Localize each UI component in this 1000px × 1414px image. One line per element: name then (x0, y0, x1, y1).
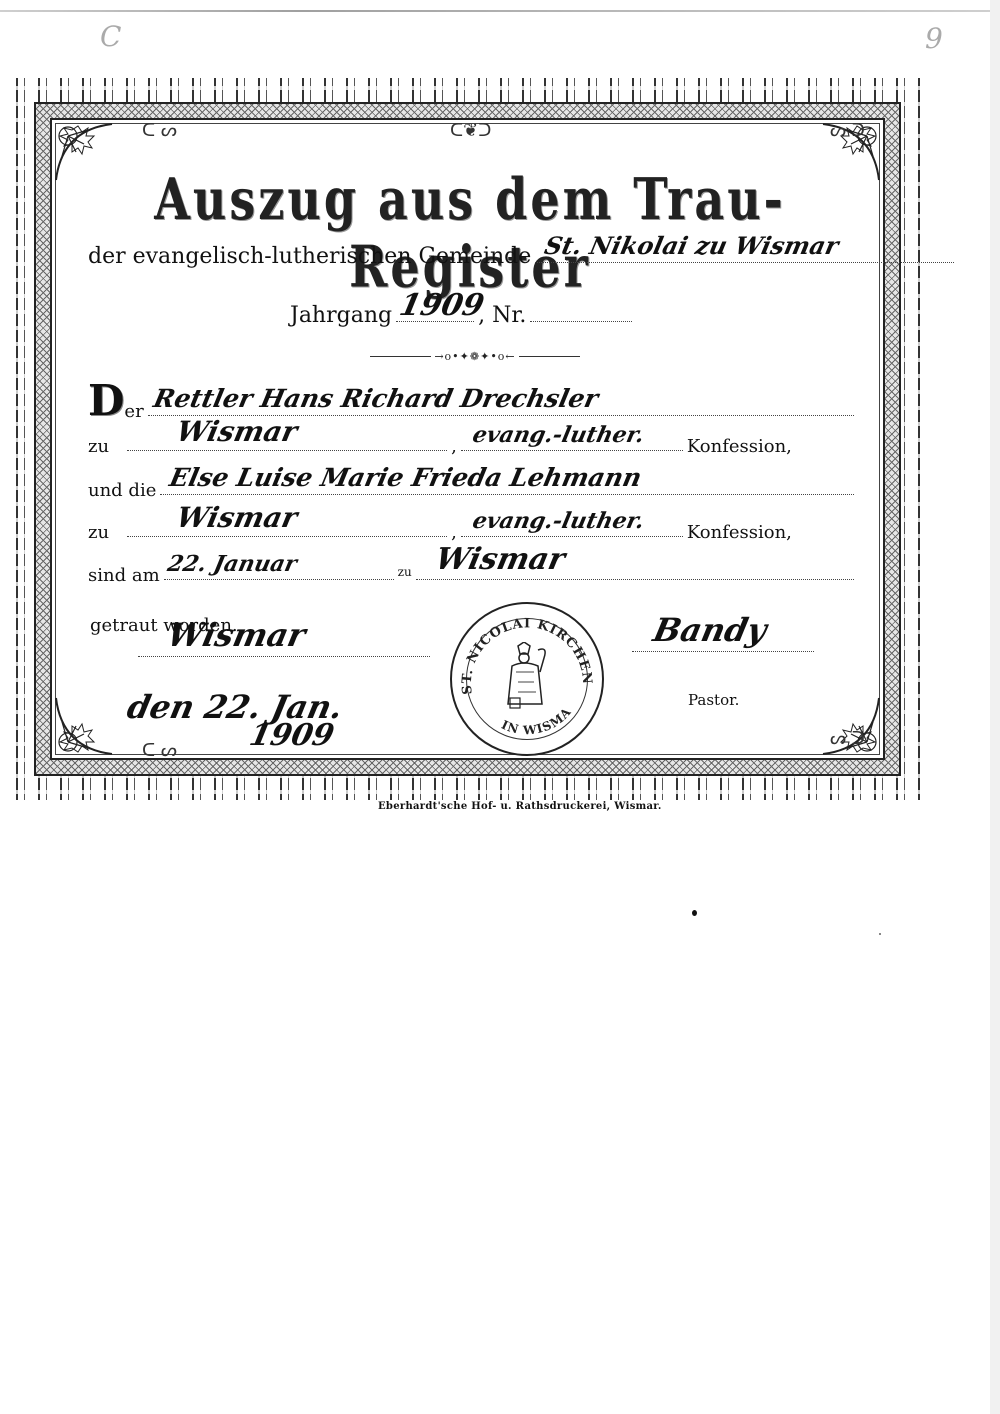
groom-place-handwritten: Wismar (174, 415, 301, 448)
bride-place-label: zu (88, 522, 109, 543)
congregation-line: der evangelisch-lutherischen Gemeinde St… (88, 244, 958, 269)
groom-confession-handwritten: evang.-luther. (470, 422, 646, 448)
year-label: Jahrgang (290, 303, 392, 328)
ornamental-divider: →o•✦❁✦•o← (370, 351, 580, 361)
pastor-signature: Bandy (650, 611, 770, 649)
corner-pencil-mark-right: 9 (925, 22, 943, 55)
wedding-date-handwritten: 22. Januar (165, 551, 299, 577)
wedding-place-handwritten: Wismar (432, 542, 568, 577)
year-handwritten: 1909 (396, 288, 487, 323)
saint-figure-icon (504, 642, 552, 714)
confession-label: Konfession, (687, 436, 792, 457)
church-seal: ST. NICOLAI KIRCHEN SIEGEL IN WISMAR (450, 602, 604, 756)
bride-label: und die (88, 480, 156, 501)
bride-name-handwritten: Else Luise Marie Frieda Lehmann (167, 463, 644, 492)
bride-place-line: zu Wismar , evang.-luther. Konfession, (88, 522, 858, 543)
wedding-date-label: sind am (88, 565, 160, 586)
pastor-label: Pastor. (688, 691, 739, 709)
dropcap-d: D (88, 380, 124, 422)
groom-name-handwritten: Rettler Hans Richard Drechsler (151, 384, 601, 413)
wedding-place-field: Wismar (416, 578, 854, 580)
wedding-date-field: 22. Januar (164, 578, 394, 580)
scroll-flourish-icon: ᑕ ᔕ (142, 740, 177, 761)
corner-sunburst-icon (54, 696, 114, 756)
bride-name-line: und die Else Luise Marie Frieda Lehmann (88, 480, 858, 501)
comma: , (451, 522, 457, 543)
year-field: 1909 (396, 320, 474, 322)
groom-place-label: zu (88, 436, 109, 457)
corner-sunburst-icon (54, 122, 114, 182)
printer-imprint: Eberhardt'sche Hof- u. Rathsdruckerei, W… (378, 801, 662, 812)
congregation-handwritten: St. Nikolai zu Wismar (542, 231, 841, 260)
bride-place-field: Wismar (127, 535, 447, 537)
wedding-line: sind am 22. Januar zu Wismar (88, 565, 858, 586)
number-field (530, 320, 632, 322)
scroll-flourish-icon: ᔕ ᑐ (830, 728, 865, 749)
scroll-flourish-icon: ᑕ ᔕ (142, 120, 177, 141)
bride-name-field: Else Luise Marie Frieda Lehmann (160, 493, 854, 495)
issue-place-handwritten: Wismar (164, 616, 309, 654)
scan-speck (692, 910, 697, 916)
groom-label: er (124, 401, 143, 422)
divider-rosette-icon: →o•✦❁✦•o← (431, 350, 518, 363)
number-label: , Nr. (478, 303, 526, 328)
wedding-place-label: zu (398, 565, 412, 579)
divider-rule (519, 356, 580, 357)
signature-line: Bandy (628, 650, 818, 658)
groom-confession-field: evang.-luther. (461, 449, 683, 451)
scan-edge-top (0, 10, 1000, 12)
issue-year-handwritten: 1909 (246, 718, 337, 753)
year-line: Jahrgang 1909 , Nr. (290, 303, 636, 328)
divider-rule (370, 356, 431, 357)
groom-place-field: Wismar (127, 449, 447, 451)
confession-label: Konfession, (687, 522, 792, 543)
signature-field: Bandy (632, 650, 814, 652)
congregation-label: der evangelisch-lutherischen Gemeinde (88, 244, 531, 269)
scroll-flourish-icon: ᑕ❦ᑐ (450, 120, 491, 141)
corner-pencil-mark-left: C (100, 20, 121, 53)
issue-place-line: Wismar (134, 655, 434, 663)
bride-confession-field: evang.-luther. (461, 535, 683, 537)
bride-confession-handwritten: evang.-luther. (470, 508, 646, 534)
scan-speck (879, 933, 881, 935)
scan-edge-right (990, 0, 1000, 1414)
bride-place-handwritten: Wismar (174, 501, 301, 534)
comma: , (451, 436, 457, 457)
congregation-field: St. Nikolai zu Wismar (535, 261, 954, 263)
groom-place-line: zu Wismar , evang.-luther. Konfession, (88, 436, 858, 457)
issue-place-field: Wismar (138, 655, 430, 657)
scroll-flourish-icon: ᔕ ᑐ (830, 120, 865, 141)
